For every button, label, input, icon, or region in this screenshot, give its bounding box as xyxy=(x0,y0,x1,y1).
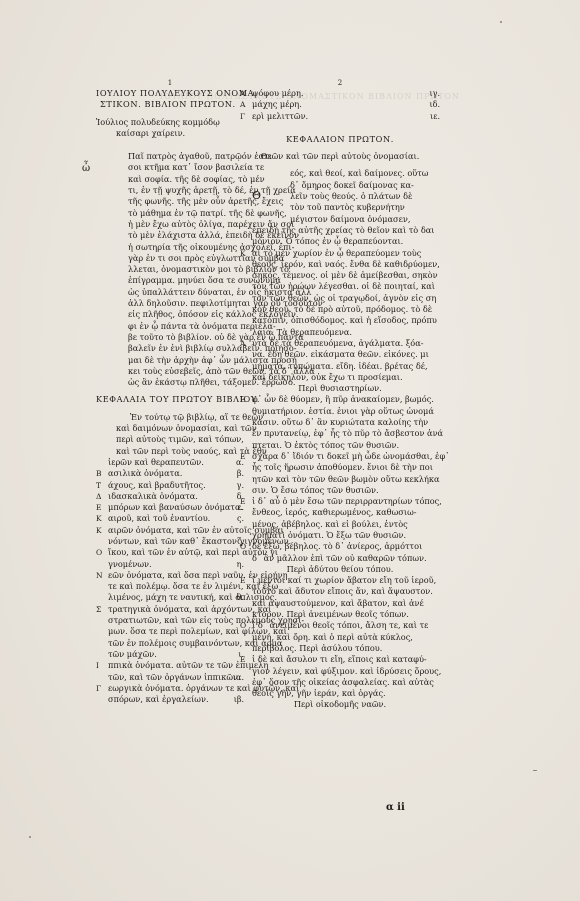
text-line: καὶ ἀψαυστούμενον, καὶ ἄβατον, καὶ ἀνέ xyxy=(252,598,440,609)
text-line: ἔνθεος, ἱερός, καθιερωμένος, καθωσιω- xyxy=(252,507,440,518)
text-line: τὸν τῶν ἡρώων λέγεσθαι. οἱ δὲ ποιηταί, κ… xyxy=(252,281,440,292)
preface-line: Παῖ πατρὸς ἀγαθοῦ, πατρῷόν ἐστι xyxy=(108,151,244,162)
margin-letter: Ε xyxy=(240,654,245,665)
margin-letter: Κ xyxy=(96,525,102,536)
preface-line: κει τοὺς εὐσεβεῖς, ἀπὸ τῶν θεῶν. τὰ δ᾽ ἄ… xyxy=(108,366,244,377)
contents-entry: Τάχους, καὶ βραδυτῆτος.γ. xyxy=(96,480,244,491)
paper-speck xyxy=(533,770,537,771)
preface-line: φι ἐν ᾧ πάντα τὰ ὀνόματα περιέλα- xyxy=(108,321,244,332)
text-line: ἰ μέντοι καί τι χωρίον ἄβατον εἴη τοῦ ἱε… xyxy=(252,575,440,586)
margin-letter: Ε xyxy=(240,575,245,586)
entry-number: ιε. xyxy=(430,111,440,122)
margin-letter: Ι xyxy=(96,660,99,671)
contents-entry: τε καὶ πολέμῳ. ὅσα τε ἐν λιμένι, καὶ ἔξω xyxy=(96,581,244,592)
preface-line: ὡς ἂν ἐκάστῳ πλῆθει, τάξομεν. ἔρρωσο. xyxy=(108,377,244,388)
margin-letter: Ο xyxy=(240,620,246,631)
text-line: κασιν. οὕτω δ᾽ ἂν κυριώτατα καλοίης τὴν xyxy=(252,417,440,428)
salutation-line-1: Ἰούλιος πολυδεύκης κομμόδῳ xyxy=(96,117,244,128)
text-block: Ε σχάρα δ᾽ ἴδιόν τι δοκεῖ μὴ ὧδε ὠνομάσθ… xyxy=(240,451,440,496)
text-line: κτορον. Περὶ ἀνειμένων θεοῖς τόπων. xyxy=(252,609,440,620)
text-line: ἐπειδὴ τῆς αὐτῆς χρείας τὸ θεῖον καὶ τὸ … xyxy=(252,225,440,236)
text-line: φ᾽ ὧν δὲ θύομεν, ἢ πῦρ ἀνακαίομεν, βωμός… xyxy=(252,394,440,405)
printer-signature-mark: α ii xyxy=(386,802,405,813)
text-line: τοῦτο καὶ ἄδυτον εἴποις ἄν, καὶ ἄψαυστον… xyxy=(252,586,440,597)
text-line: μήματα. τυπώματα. εἴδη. ἰδέαι. βρέτας δέ… xyxy=(252,361,440,372)
text-line: κατόπιν, ὀπισθόδομος. καὶ ἡ εἴσοδος, πρό… xyxy=(252,315,440,326)
contents-entry: Εμπόρων καὶ βαναύσων ὀνόματα.ε. xyxy=(96,502,244,513)
margin-letter: Σ xyxy=(96,604,101,615)
text-line: θεοῖς γῆν, γῆν ἱεράν, καὶ ὀργάς. xyxy=(252,688,440,699)
margin-letter: Δ xyxy=(96,491,101,502)
initial-margin-letter: ὦ xyxy=(82,163,90,174)
text-line: χρηματὶ ὀνόματι. Ὁ ἔξω τῶν θυσιῶν. xyxy=(252,530,440,541)
book-page: ΙΟΥΛΙΟΥ ΠΟΛΥΔΕΥΚΟΥΣ ΟΝΟΜΑΣΤΙΚΟΝ ΒΙΒΛΙΟΝ … xyxy=(0,0,580,901)
initial-margin-letter: Θ xyxy=(252,190,261,201)
text-line: σιν. Ὁ ἔσω τόπος τῶν θυσιῶν. xyxy=(252,485,440,496)
margin-letter: Κ xyxy=(240,248,246,259)
entry-text: άχους, καὶ βραδυτῆτος. xyxy=(108,480,206,490)
margin-letter: Ε xyxy=(96,502,101,513)
contents-entry: Αψόφου μέρη.ιγ. xyxy=(240,88,440,99)
text-line: ἰ δ᾽ αὖ ὁ μὲν ἔσω τῶν περιρραντηρίων τόπ… xyxy=(252,496,440,507)
preface-line: τὸ μάθημα ἐν τῷ πατρί. τῆς δὲ φωνῆς, xyxy=(108,208,244,219)
contents-intro-line: Ἐν τούτῳ τῷ βιβλίῳ, αἵ τε θεῶν xyxy=(96,412,244,423)
text-line: μένος, ἀβέβηλος. καὶ εἰ βούλει, ἐντὸς xyxy=(252,519,440,530)
margin-letter: Τ xyxy=(96,480,101,491)
text-line: θεούς, ἱερόν, καὶ ναός. ἔνθα δὲ καθιδρύο… xyxy=(252,259,440,270)
book-title-line-2: ΣΤΙΚΟΝ. ΒΙΒΛΙΟΝ ΠΡΩΤΟΝ. xyxy=(96,99,244,110)
margin-letter: Α xyxy=(240,88,245,99)
entry-text: μπόρων καὶ βαναύσων ὀνόματα. xyxy=(108,502,243,512)
preface-line: ὡς ὑπαλλάττειν δύναται, ἐν οἷς ἥκιστα ἀλ… xyxy=(108,287,244,298)
text-block: Ε ἰ δ᾽ αὖ ὁ μὲν ἔσω τῶν περιρραντηρίων τ… xyxy=(240,496,440,541)
folio-number-left: 1 xyxy=(96,78,244,88)
preface-line: τι, ἐν τῇ ψυχῆς ἀρετῇ, τὸ δέ, ἐν τῇ χρεί… xyxy=(108,185,244,196)
margin-letter: Ε xyxy=(240,394,245,405)
entry-text: μάχης μέρη. xyxy=(252,99,302,109)
preface-line: ἡ σωτηρία τῆς οἰκουμένης ἀσχολεῖ, ἐπι- xyxy=(108,242,244,253)
text-line: τὸν τῶν θεῶν, ὡς οἱ τραγῳδοί, ἀγνὸν εἰς … xyxy=(252,293,440,304)
text-block: Ε ἰ μέντοι καί τι χωρίον ἄβατον εἴη τοῦ … xyxy=(240,575,440,620)
section-heading: Περὶ θυσιαστηρίων. xyxy=(240,383,440,394)
contents-entry: Νεῶν ὀνόματα, καὶ ὅσα περὶ ναῦν. ἐν εἰρή… xyxy=(96,570,244,581)
text-line: κὸν θεοῦ. τὸ δὲ πρὸ αὐτοῦ, πρόδομος. τὸ … xyxy=(252,304,440,315)
contents-entry: Οἴκου, καὶ τῶν ἐν αὐτῷ, καὶ περὶ αὐτὸν γ… xyxy=(96,547,244,558)
entry-number: ιδ. xyxy=(430,99,441,110)
text-block: Κ αὶ τὸ μὲν χωρίον ἐν ᾧ θεραπεύομεν τοὺς… xyxy=(240,248,440,338)
contents-entry: Γερὶ μελιττῶν.ιε. xyxy=(240,111,440,122)
preface-line: τῆς φωνῆς. τῆς μὲν οὖν ἀρετῆς, ἔχεις xyxy=(108,196,244,207)
contents-entry: τῶν μάχῶν.ι. xyxy=(96,649,244,660)
contents-entry: τῶν, καὶ τῶν ὀργάνων ἱππικῶν.ια. xyxy=(96,672,244,683)
text-line: σηκός. τέμενος. οἱ μὲν δὲ ἀμείβεσθαι, ση… xyxy=(252,270,440,281)
text-line: μόνιον. Ὁ τόπος ἐν ᾧ θεραπεύονται. xyxy=(252,236,440,247)
preface-line: σοι κτῆμα κατ᾽ ἴσον βασιλεία τε xyxy=(108,162,244,173)
text-line: ητῶν καὶ τὸν τῶν θεῶν βωμὸν οὕτω κεκλήκα xyxy=(252,474,440,485)
margin-letter: Ε xyxy=(240,451,245,462)
text-block: ἐπειδὴ τῆς αὐτῆς χρείας τὸ θεῖον καὶ τὸ … xyxy=(240,225,440,248)
margin-letter: Κ xyxy=(96,513,102,524)
contents-entry: Βασιλικὰ ὀνόματα.β. xyxy=(96,468,244,479)
text-line: δ᾽ ὅμηρος δοκεῖ δαίμονας κα- xyxy=(290,180,440,191)
text-line: ἱ δ᾽ ἀνειμένοι θεοῖς τόποι, ἄλση τε, καὶ… xyxy=(252,620,440,631)
text-line: θυμιατήριον. ἑστία. ἐνιοι γὰρ οὕτως ὠνομ… xyxy=(252,406,440,417)
contents-entry: Γεωργικὰ ὀνόματα. ὀργάνων τε καὶ φυτῶν, … xyxy=(96,683,244,694)
text-line: να. ἕδη θεῶν. εἰκάσματα θεῶν. εἰκόνες. μ… xyxy=(252,349,440,360)
contents-list: ἱερῶν καὶ θεραπευτῶν.α. Βασιλικὰ ὀνόματα… xyxy=(96,457,244,706)
preface-line: βαλεῖν ἐν ἑνὶ βιβλίῳ συλλαβεῖν. ποιήσο- xyxy=(108,343,244,354)
entry-number: ιγ. xyxy=(430,88,440,99)
preface-line: ἡ μὲν ἔχω αὐτὸς ὀλίγα, παρέχειν ἄν σοι xyxy=(108,219,244,230)
contents-entry: Καιροῦ, καὶ τοῦ ἐναντίου.ς. xyxy=(96,513,244,524)
text-line: αὶ τὸ μὲν χωρίον ἐν ᾧ θεραπεύομεν τοὺς xyxy=(252,248,440,259)
contents-entry: στρατιωτῶν, καὶ τῶν εἰς τοὺς πολέμους χρ… xyxy=(96,615,244,626)
contents-entry: τῶν ἐν πολέμοις συμβαινόντων, καὶ ἁρμα xyxy=(96,638,244,649)
text-block: Ο δὲ ἔξω, βέβηλος. τὸ δ᾽ ἀνίερος, ἁρμόττ… xyxy=(240,541,440,564)
text-line: δὲ ἔξω, βέβηλος. τὸ δ᾽ ἀνίερος, ἁρμόττοι xyxy=(252,541,440,552)
entry-text: ερὶ μελιττῶν. xyxy=(252,111,308,121)
preface-line: τὸ μὲν ἐλάχιστα ἀλλά, ἐπειδὴ δὲ ἐκεῖνον xyxy=(108,230,244,241)
contents-entry: λιμένος, μάχη τε ναυτική, καὶ ὁπλισμός.θ… xyxy=(96,592,244,603)
preface-line: καὶ σοφία. τῆς δὲ σοφίας, τὸ μέν xyxy=(108,174,244,185)
text-line: λεῖν τοὺς θεούς. ὁ πλάτων δὲ xyxy=(290,191,440,202)
text-line: ὐτὰ δὲ τὰ θεραπευόμενα, ἀγάλματα. ξόα- xyxy=(252,338,440,349)
entry-text: τῶν μάχῶν. xyxy=(108,649,157,659)
contents-heading: ΚΕΦΑΛΑΙΑ ΤΟΥ ΠΡΩΤΟΥ ΒΙΒΛΙΟΥ. xyxy=(96,394,244,405)
contents-intro-line: καὶ τῶν περὶ τοὺς ναούς, καὶ τὰ ἔθν xyxy=(96,446,244,457)
entry-text: ιδασκαλικὰ ὀνόματα. xyxy=(108,491,198,501)
text-block: Ο ἱ δ᾽ ἀνειμένοι θεοῖς τόποι, ἄλση τε, κ… xyxy=(240,620,440,654)
margin-letter: Ο xyxy=(96,547,102,558)
text-line: περίβολος. Περὶ ἀσύλου τόπου. xyxy=(252,643,440,654)
text-line: σχάρα δ᾽ ἴδιόν τι δοκεῖ μὴ ὧδε ὠνομάσθαι… xyxy=(252,451,440,462)
margin-letter: Β xyxy=(96,468,102,479)
entry-text: αιροῦ, καὶ τοῦ ἐναντίου. xyxy=(108,513,210,523)
contents-entry: γνομένων.η. xyxy=(96,559,244,570)
entry-text: ψόφου μέρη. xyxy=(252,88,303,98)
margin-letter: Ν xyxy=(96,570,103,581)
text-block: Ε ἰ δὲ καὶ ἄσυλον τι εἴη, εἴποις καὶ κατ… xyxy=(240,654,440,699)
preface-line: μαι δὲ τὴν ἀρχὴν ἀφ᾽ ὧν μάλιστα προσή xyxy=(108,355,244,366)
entry-text: ασιλικὰ ὀνόματα. xyxy=(108,468,182,478)
preface: ὦ Παῖ πατρὸς ἀγαθοῦ, πατρῷόν ἐστι σοι κτ… xyxy=(96,151,244,388)
margin-letter: Α xyxy=(240,99,245,110)
right-column: 2 Αψόφου μέρη.ιγ. Αμάχης μέρη.ιδ. Γερὶ μ… xyxy=(240,78,440,711)
contents-intro-line: περὶ αὐτοὺς τιμῶν, καὶ τόπων, xyxy=(96,434,244,445)
contents-entry: μων. ὅσα τε περὶ πολεμίων, καὶ φίλων, κα… xyxy=(96,626,244,637)
salutation-line-2: καίσαρι χαίρειν. xyxy=(96,128,244,139)
preface-line: ἀλλ δηλοῦσιν. πεφιλοτίμηται γὰρ οὐ τοσοῦ… xyxy=(108,298,244,309)
paper-speck xyxy=(29,836,31,838)
entry-text: τῶν, καὶ τῶν ὀργάνων ἱππικῶν. xyxy=(108,672,241,682)
contents-entry: ἱερῶν καὶ θεραπευτῶν.α. xyxy=(96,457,244,468)
preface-line: εἰς πλῆθος, ὁπόσον εἰς κάλλος ἐκλογεῖν. xyxy=(108,309,244,320)
text-line: ἰ δὲ καὶ ἄσυλον τι εἴη, εἴποις καὶ καταφ… xyxy=(252,654,440,665)
chapter-subtitle: Θεῶν καὶ τῶν περὶ αὐτοὺς ὀνομασίαι. xyxy=(240,151,440,162)
contents-entry: Καιρῶν ὀνόματα, καὶ τῶν ἐν αὐτοῖς συμβαι xyxy=(96,525,244,536)
text-line: τὸν τοῦ παντὸς κυβερνήτην xyxy=(290,202,440,213)
text-line: πτεται. Ὁ ἐκτὸς τόπος τῶν θυσιῶν. xyxy=(252,440,440,451)
margin-letter: Α xyxy=(240,338,245,349)
text-line: ἐν πρυτανείῳ, ἐφ᾽ ἧς τὸ πῦρ τὸ ἄσβεστον … xyxy=(252,428,440,439)
text-line: λαια. Τὰ θεραπευόμενα. xyxy=(252,327,440,338)
text-block: Θ εός, καὶ θεοί, καὶ δαίμονες. οὕτω δ᾽ ὅ… xyxy=(240,168,440,224)
text-line: καὶ δείκηλον, οὐκ ἔχω τι προσίεμαι. xyxy=(252,372,440,383)
margin-letter: Ο xyxy=(240,541,246,552)
text-line: εός, καὶ θεοί, καὶ δαίμονες. οὕτω xyxy=(290,168,440,179)
book-title-line-1: ΙΟΥΛΙΟΥ ΠΟΛΥΔΕΥΚΟΥΣ ΟΝΟΜΑ xyxy=(96,88,244,99)
preface-line: ἐπίγραμμα. μηνύει ὅσα τε συνώνυμα xyxy=(108,275,244,286)
contents-entry: Ιππικὰ ὀνόματα. αὐτῶν τε τῶν ἐπιμελη xyxy=(96,660,244,671)
left-column: 1 ΙΟΥΛΙΟΥ ΠΟΛΥΔΕΥΚΟΥΣ ΟΝΟΜΑ ΣΤΙΚΟΝ. ΒΙΒΛ… xyxy=(96,78,244,705)
text-block: Ε φ᾽ ὧν δὲ θύομεν, ἢ πῦρ ἀνακαίομεν, βωμ… xyxy=(240,394,440,450)
text-line: ἧς τοῖς ἥρωσιν ἀποθύομεν. ἔνιοι δὲ τὴν π… xyxy=(252,462,440,473)
preface-line: βε τοῦτο τὸ βιβλίον. οὐ δὲ γὰρ ἐν ᾧ πάντ… xyxy=(108,332,244,343)
text-line: ἐφ᾽ ὅσον τῆς οἰκείας ἀσφαλείας. καὶ αὐτὰ… xyxy=(252,677,440,688)
preface-line: γὰρ ἐν τι σοι πρὸς εὐγλωττίαν συμβά xyxy=(108,253,244,264)
contents-intro-line: καὶ δαιμόνων ὀνομασίαι, καὶ τῶν xyxy=(96,423,244,434)
text-line: μέγιστον δαίμονα ὀνόμασεν, xyxy=(290,214,440,225)
preface-line: λλεται, ὀνομαστικὸν μοι τὸ βιβλίον τὸ xyxy=(108,264,244,275)
text-line: δ᾽ ἂν μᾶλλον ἐπὶ τῶν οὐ καθαρῶν τόπων. xyxy=(252,553,440,564)
contents-entry: Στρατηγικὰ ὀνόματα, καὶ ἀρχόντων, καὶ xyxy=(96,604,244,615)
text-line: γιον λέγειν, καὶ φύξιμον. καὶ ἱδρύσεις ὅ… xyxy=(252,666,440,677)
section-heading: Περὶ οἰκοδομῆς ναῶν. xyxy=(240,699,440,710)
chapter-heading: ΚΕΦΑΛΑΙΟΝ ΠΡΩΤΟΝ. xyxy=(240,134,440,145)
margin-letter: Γ xyxy=(96,683,101,694)
paper-speck xyxy=(500,21,502,23)
text-line: μένη, καὶ ὄρη. καὶ ὁ περὶ αὐτὰ κύκλος, xyxy=(252,632,440,643)
folio-number-right: 2 xyxy=(240,78,440,88)
contents-entry: νόντων, καὶ τῶν καθ᾽ ἕκαστον γιγνομένων.… xyxy=(96,536,244,547)
entry-text: γνομένων. xyxy=(108,559,152,569)
contents-entry: Αμάχης μέρη.ιδ. xyxy=(240,99,440,110)
section-heading: Περὶ ἀδύτου θείου τόπου. xyxy=(240,564,440,575)
contents-entry: σπόρων, καὶ ἐργαλείων.ιβ. xyxy=(96,694,244,705)
margin-letter: Ε xyxy=(240,496,245,507)
entry-text: σπόρων, καὶ ἐργαλείων. xyxy=(108,694,209,704)
contents-entry: Διδασκαλικὰ ὀνόματα.δ. xyxy=(96,491,244,502)
entry-text: ἱερῶν καὶ θεραπευτῶν. xyxy=(108,457,204,467)
margin-letter: Γ xyxy=(240,111,245,122)
text-block: Α ὐτὰ δὲ τὰ θεραπευόμενα, ἀγάλματα. ξόα-… xyxy=(240,338,440,383)
